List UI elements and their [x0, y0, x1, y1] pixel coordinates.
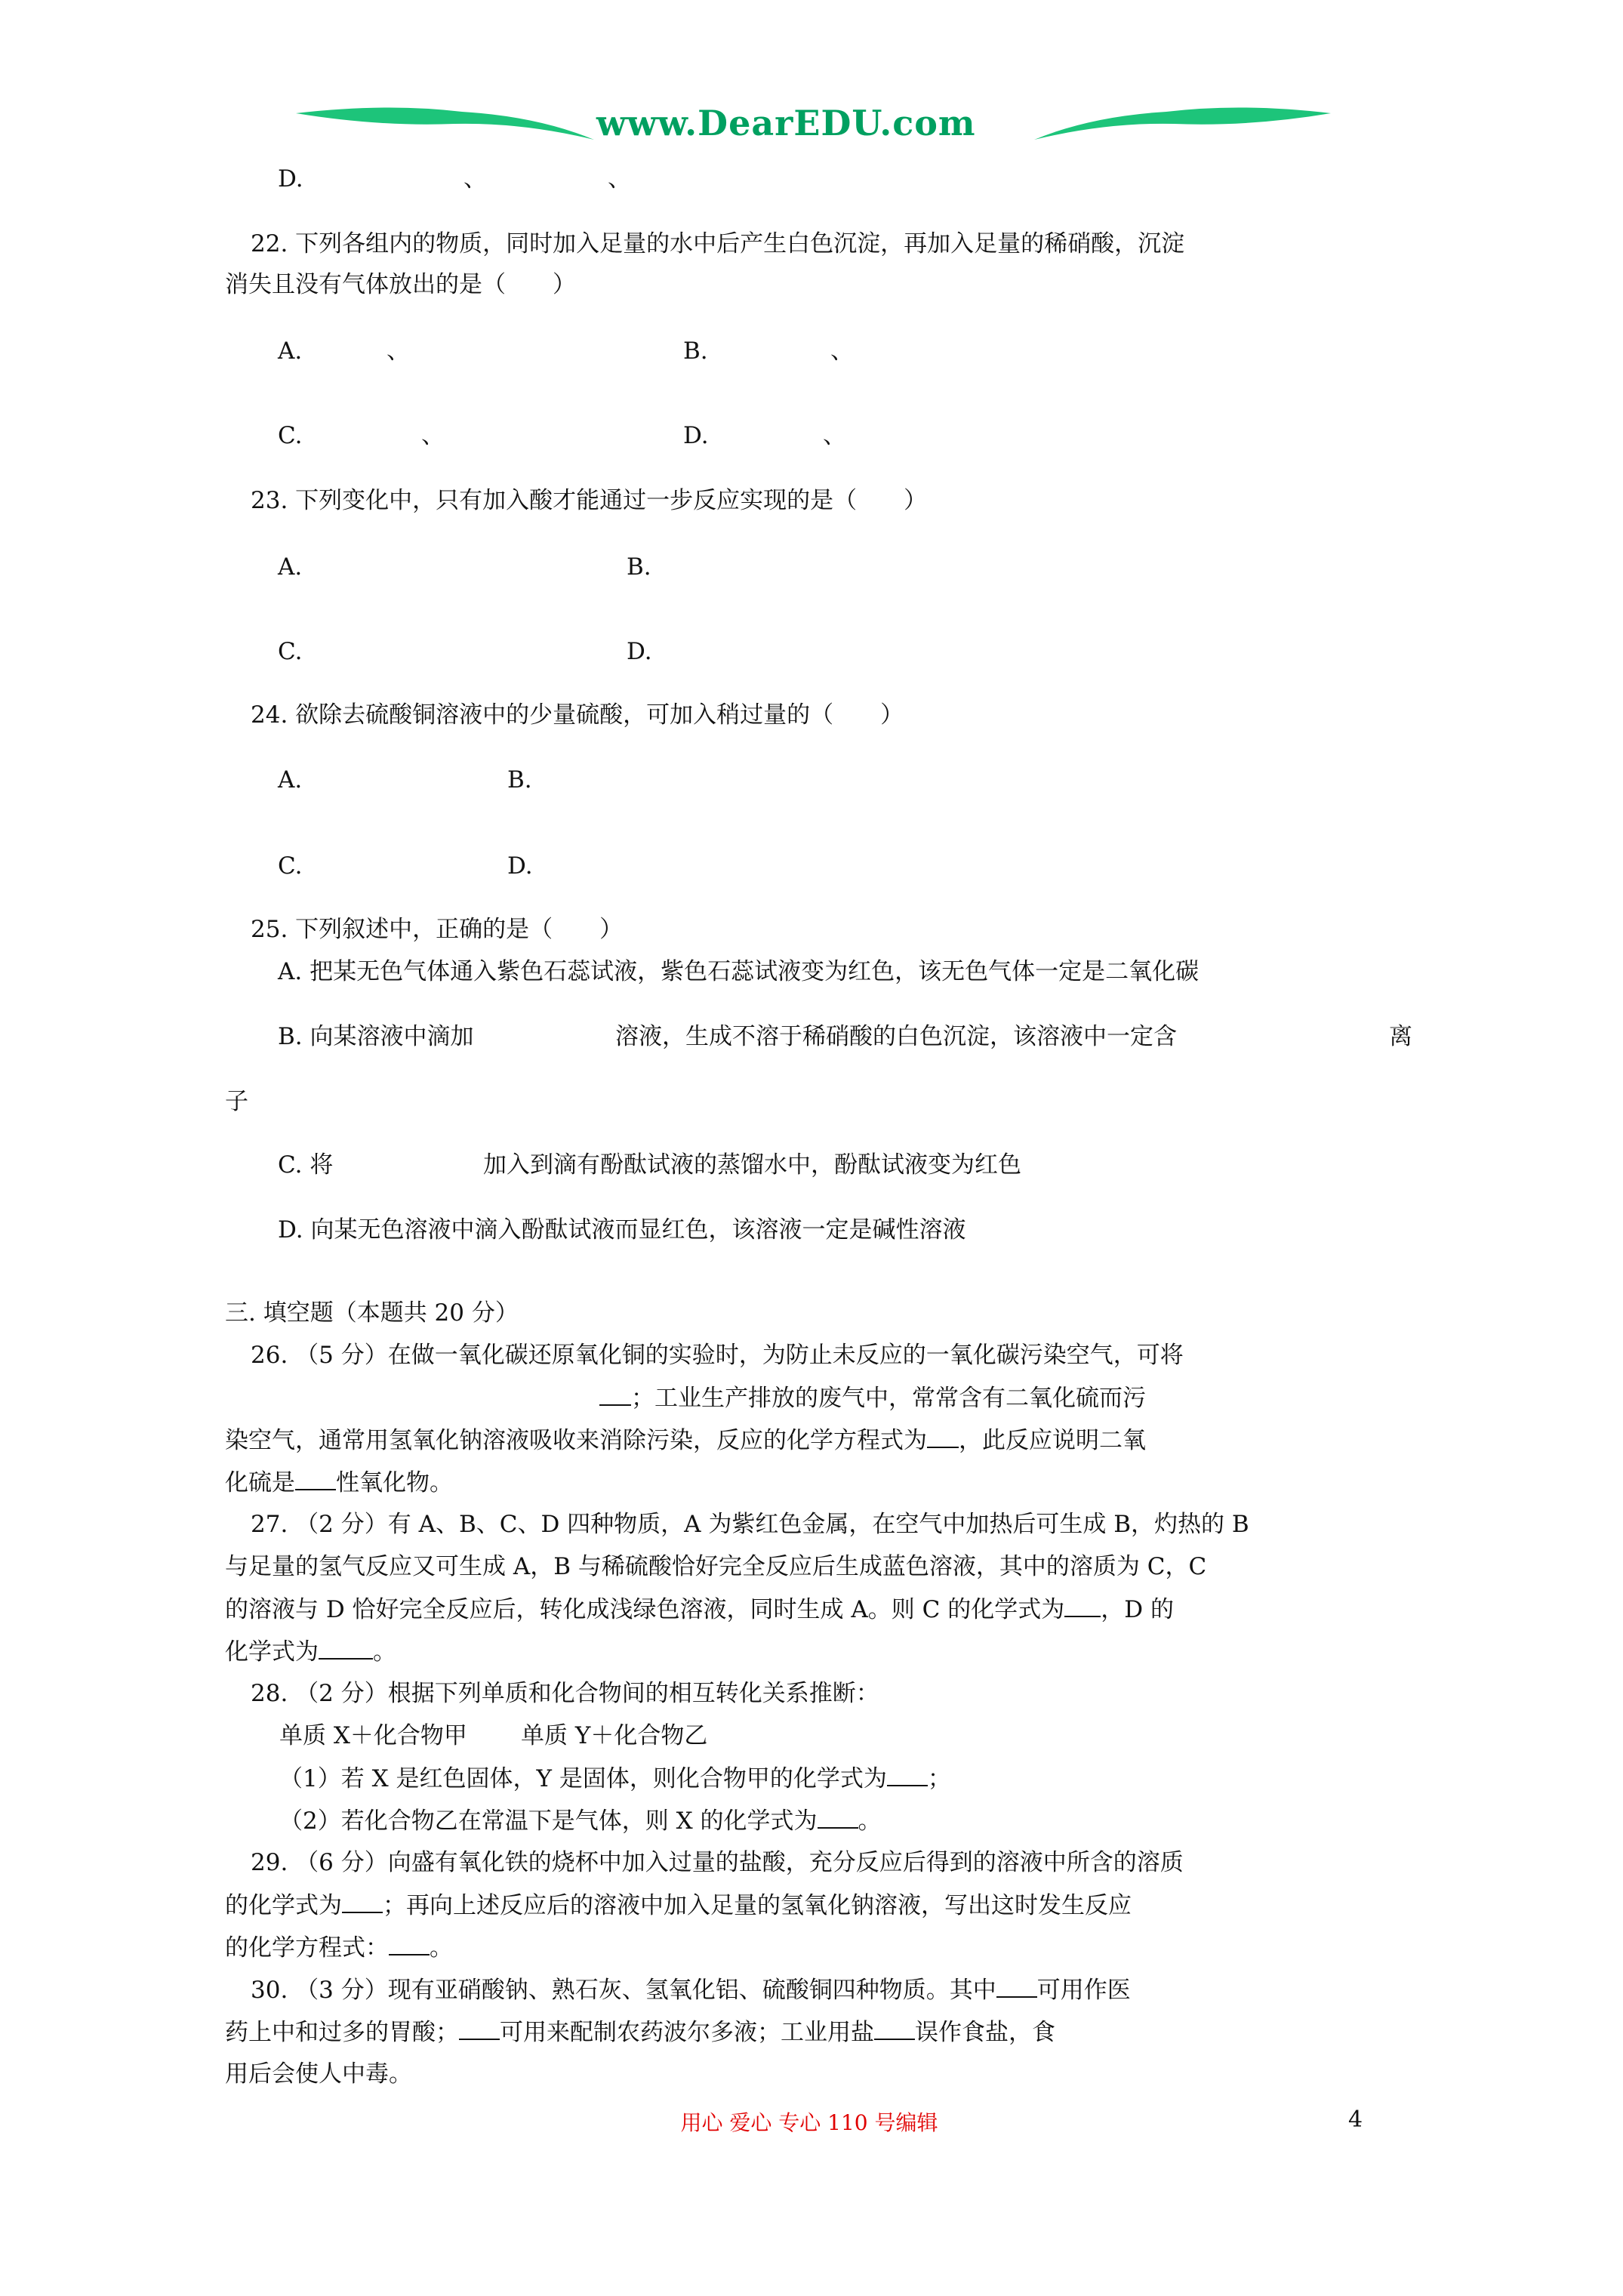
q22-option-d: D. [683, 420, 709, 451]
q27-line4-text-a: 化学式为 [225, 1638, 319, 1666]
q30-line1-text-b: 可用作医 [1037, 1977, 1131, 2004]
q27-blank-d[interactable] [319, 1635, 373, 1660]
q25-option-d: D. 向某无色溶液中滴入酚酞试液而显红色，该溶液一定是碱性溶液 [278, 1214, 965, 1246]
q27-line3-text-a: 的溶液与 D 恰好完全反应后，转化成浅绿色溶液，同时生成 A。则 C 的化学式为 [225, 1596, 1064, 1623]
q30-line2: 药上中和过多的胃酸；可用来配制农药波尔多液；工业用盐误作食盐，食 [225, 2016, 1055, 2048]
q23-stem: 23. 下列变化中，只有加入酸才能通过一步反应实现的是（ ） [251, 485, 927, 516]
q29-line3-text-a: 的化学方程式： [225, 1934, 389, 1962]
q26-blank-1-fill [599, 1382, 631, 1406]
q24-option-d: D. [507, 850, 533, 882]
q23-stem-text: 下列变化中，只有加入酸才能通过一步反应实现的是（ ） [295, 487, 927, 514]
q22-stem-line2: 消失且没有气体放出的是（ ） [225, 269, 576, 300]
q25-option-c-part1: C. 将 [278, 1149, 333, 1181]
q21-option-d-sep1: 、 [463, 163, 487, 195]
q28-blank-1[interactable] [887, 1762, 928, 1786]
page-number: 4 [1348, 2106, 1363, 2133]
q27-line3-text-b: ，D 的 [1101, 1596, 1174, 1623]
q25-number: 25. [251, 916, 288, 943]
q27-line1: 27. （2 分）有 A、B、C、D 四种物质，A 为紫红色金属，在空气中加热后… [251, 1509, 1249, 1540]
q26-line1: 26. （5 分）在做一氧化碳还原氧化铜的实验时，为防止未反应的一氧化碳污染空气… [251, 1339, 1184, 1371]
q28-line1: 28. （2 分）根据下列单质和化合物间的相互转化关系推断： [251, 1678, 879, 1709]
q26-blank-3[interactable] [295, 1466, 336, 1490]
q23-option-c: C. [278, 636, 302, 667]
footer-slogan: 用心 爱心 专心 110 号编辑 [356, 2106, 1262, 2137]
q26-line2-text-b: ；工业生产排放的废气中，常常含有二氧化硫而污 [631, 1385, 1146, 1412]
q28-sub1-text: （1）若 X 是红色固体，Y 是固体，则化合物甲的化学式为 [279, 1765, 887, 1792]
q30-line1: 30. （3 分）现有亚硝酸钠、熟石灰、氢氧化铝、硫酸铜四种物质。其中可用作医 [251, 1974, 1131, 2006]
q30-line2-text-c: 误作食盐，食 [915, 2019, 1055, 2046]
q23-number: 23. [251, 487, 288, 514]
q24-stem: 24. 欲除去硫酸铜溶液中的少量硫酸，可加入稍过量的（ ） [251, 699, 904, 731]
site-logo: www.DearEDU.com [596, 103, 976, 143]
q28-relation-right: 单质 Y＋化合物乙 [521, 1720, 707, 1752]
q26-line3: 染空气，通常用氢氧化钠溶液吸收来消除污染，反应的化学方程式为，此反应说明二氧 [225, 1424, 1146, 1456]
q28-relation-left: 单质 X＋化合物甲 [279, 1720, 467, 1752]
q24-option-b: B. [507, 764, 532, 796]
q25-option-b-part1: B. 向某溶液中滴加 [278, 1021, 474, 1052]
q25-option-b-part2: 溶液，生成不溶于稀硝酸的白色沉淀，该溶液中一定含 [615, 1021, 1177, 1052]
q28-sub1-end: ； [928, 1765, 951, 1792]
q30-line2-text-b: 可用来配制农药波尔多液；工业用盐 [500, 2019, 874, 2046]
q29-line2-text-b: ；再向上述反应后的溶液中加入足量的氢氧化钠溶液，写出这时发生反应 [383, 1892, 1132, 1919]
q22-option-c-sep: 、 [421, 420, 445, 451]
q26-line4-text-a: 化硫是 [225, 1469, 295, 1496]
q21-option-d-sep2: 、 [608, 163, 631, 195]
q26-blank-2[interactable] [927, 1424, 959, 1448]
q22-number: 22. [251, 230, 288, 257]
q24-option-c: C. [278, 850, 302, 882]
q22-option-d-sep: 、 [823, 420, 846, 451]
q29-line2-text-a: 的化学式为 [225, 1892, 342, 1919]
q22-stem-line1: 22. 下列各组内的物质，同时加入足量的水中后产生白色沉淀，再加入足量的稀硝酸，… [251, 228, 1184, 260]
q23-option-b: B. [627, 551, 651, 583]
q22-option-b-sep: 、 [830, 335, 854, 367]
q27-line2: 与足量的氢气反应又可生成 A，B 与稀硫酸恰好完全反应后生成蓝色溶液，其中的溶质… [225, 1551, 1206, 1583]
q28-sub2: （2）若化合物乙在常温下是气体，则 X 的化学式为。 [279, 1804, 882, 1837]
q30-blank-1[interactable] [996, 1974, 1037, 1998]
q26-line3-text-a: 染空气，通常用氢氧化钠溶液吸收来消除污染，反应的化学方程式为 [225, 1427, 927, 1454]
left-swoosh-decoration [296, 106, 598, 143]
q29-blank-1[interactable] [342, 1889, 383, 1913]
q27-blank-c[interactable] [1064, 1593, 1101, 1617]
q23-option-a: A. [278, 551, 302, 583]
q26-line3-text-b: ，此反应说明二氧 [959, 1427, 1146, 1454]
q29-line3-text-b: 。 [430, 1934, 453, 1962]
q25-stem-text: 下列叙述中，正确的是（ ） [295, 916, 623, 943]
q29-line2: 的化学式为；再向上述反应后的溶液中加入足量的氢氧化钠溶液，写出这时发生反应 [225, 1889, 1132, 1922]
q24-number: 24. [251, 701, 288, 729]
q25-option-c-part2: 加入到滴有酚酞试液的蒸馏水中，酚酞试液变为红色 [483, 1149, 1021, 1181]
q30-line2-text-a: 药上中和过多的胃酸； [225, 2019, 459, 2046]
q28-sub1: （1）若 X 是红色固体，Y 是固体，则化合物甲的化学式为； [279, 1762, 951, 1795]
q28-blank-2[interactable] [818, 1804, 858, 1829]
q22-option-a: A. [278, 335, 302, 367]
q22-option-b: B. [683, 335, 708, 367]
q26-line2-overlay: 一氧化碳点燃，反应的化学方程式为；工业生产排放的废气中，常常含有二氧化硫而污 [225, 1382, 1146, 1414]
q28-sub2-end: 。 [858, 1808, 882, 1835]
q26-line4: 化硫是性氧化物。 [225, 1466, 453, 1499]
q24-option-a: A. [278, 764, 302, 796]
q25-stem: 25. 下列叙述中，正确的是（ ） [251, 914, 623, 945]
q27-line3: 的溶液与 D 恰好完全反应后，转化成浅绿色溶液，同时生成 A。则 C 的化学式为… [225, 1593, 1174, 1626]
section-3-title: 三. 填空题（本题共 20 分） [225, 1297, 519, 1329]
q29-line1: 29. （6 分）向盛有氧化铁的烧杯中加入过量的盐酸，充分反应后得到的溶液中所含… [251, 1847, 1184, 1878]
q30-line3: 用后会使人中毒。 [225, 2058, 412, 2090]
q26-line4-text-b: 性氧化物。 [336, 1469, 453, 1496]
q23-option-d: D. [627, 636, 652, 667]
q28-sub2-text: （2）若化合物乙在常温下是气体，则 X 的化学式为 [279, 1808, 818, 1835]
q22-option-a-sep: 、 [387, 335, 410, 367]
q29-line3: 的化学方程式：。 [225, 1931, 453, 1964]
q22-stem-text: 下列各组内的物质，同时加入足量的水中后产生白色沉淀，再加入足量的稀硝酸，沉淀 [295, 230, 1184, 257]
q27-line4-text-b: 。 [373, 1638, 396, 1666]
q29-blank-2[interactable] [389, 1931, 430, 1955]
q22-option-c: C. [278, 420, 302, 451]
q25-option-b-wrap: 子 [225, 1086, 248, 1117]
right-swoosh-decoration [1030, 106, 1332, 143]
q24-stem-text: 欲除去硫酸铜溶液中的少量硫酸，可加入稍过量的（ ） [295, 701, 904, 729]
q25-option-a: A. 把某无色气体通入紫色石蕊试液，紫色石蕊试液变为红色，该无色气体一定是二氧化… [278, 956, 1199, 988]
q21-option-d-label: D. [278, 163, 303, 195]
q25-option-b-part3: 离 [1389, 1021, 1412, 1052]
q30-line1-text-a: 30. （3 分）现有亚硝酸钠、熟石灰、氢氧化铝、硫酸铜四种物质。其中 [251, 1977, 996, 2004]
q30-blank-3[interactable] [874, 2016, 915, 2040]
q30-blank-2[interactable] [459, 2016, 500, 2040]
q27-line4: 化学式为。 [225, 1635, 396, 1668]
